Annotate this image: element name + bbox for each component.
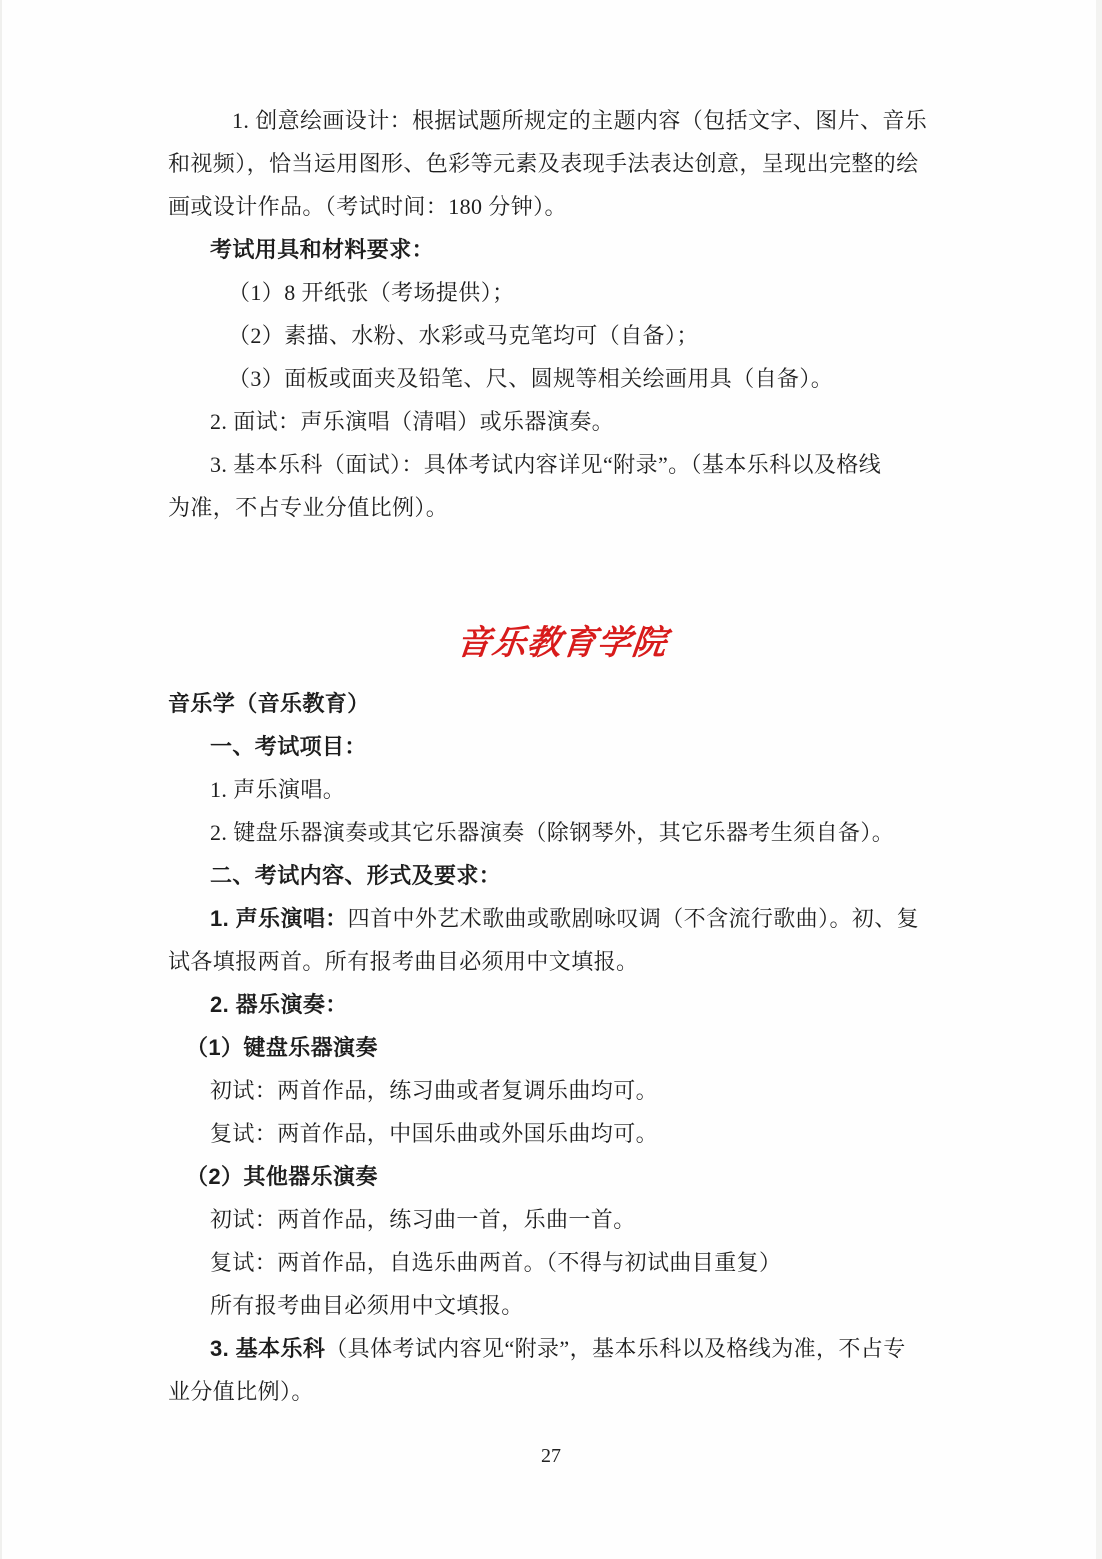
text-line: 复试：两首作品，自选乐曲两首。（不得与初试曲目重复） (168, 1241, 956, 1284)
page-number: 27 (0, 1441, 1102, 1471)
text-line-bold-prefix: 3. 基本乐科 (210, 1336, 325, 1361)
text-line: 所有报考曲目必须用中文填报。 (168, 1284, 956, 1327)
text-line: （2）素描、水粉、水彩或马克笔均可（自备）； (168, 314, 956, 357)
text-line: 考试用具和材料要求： (168, 228, 956, 271)
page-content: 1. 创意绘画设计：根据试题所规定的主题内容（包括文字、图片、音乐和视频），恰当… (168, 0, 956, 1413)
text-line: （1）键盘乐器演奏 (168, 1026, 956, 1069)
text-line: 复试：两首作品，中国乐曲或外国乐曲均可。 (168, 1112, 956, 1155)
text-line: 2. 器乐演奏： (168, 983, 956, 1026)
text-line: 二、考试内容、形式及要求： (168, 854, 956, 897)
text-line: 一、考试项目： (168, 725, 956, 768)
section-fine-arts-continued: 1. 创意绘画设计：根据试题所规定的主题内容（包括文字、图片、音乐和视频），恰当… (168, 0, 956, 529)
section-musicology-music-education: 音乐学（音乐教育）一、考试项目：1. 声乐演唱。2. 键盘乐器演奏或其它乐器演奏… (168, 667, 956, 1413)
document-page: 1. 创意绘画设计：根据试题所规定的主题内容（包括文字、图片、音乐和视频），恰当… (0, 0, 1102, 1559)
text-line: 初试：两首作品，练习曲一首，乐曲一首。 (168, 1198, 956, 1241)
text-line: 1. 声乐演唱。 (168, 768, 956, 811)
text-line: 2. 键盘乐器演奏或其它乐器演奏（除钢琴外，其它乐器考生须自备）。 (168, 811, 956, 854)
section-title-music-education-college: 音乐教育学院 (165, 619, 958, 667)
text-line: 画或设计作品。（考试时间：180 分钟）。 (168, 185, 956, 228)
text-line: 3. 基本乐科（具体考试内容见“附录”，基本乐科以及格线为准，不占专 (168, 1327, 956, 1370)
text-line: 2. 面试：声乐演唱（清唱）或乐器演奏。 (168, 400, 956, 443)
text-line: 为准，不占专业分值比例）。 (168, 486, 956, 529)
text-line-bold-prefix: 1. 声乐演唱： (210, 906, 348, 931)
text-line: 初试：两首作品，练习曲或者复调乐曲均可。 (168, 1069, 956, 1112)
text-line: 音乐学（音乐教育） (168, 682, 956, 725)
text-line: 1. 创意绘画设计：根据试题所规定的主题内容（包括文字、图片、音乐 (168, 99, 956, 142)
text-line: 和视频），恰当运用图形、色彩等元素及表现手法表达创意，呈现出完整的绘 (168, 142, 956, 185)
text-line: 3. 基本乐科（面试）：具体考试内容详见“附录”。（基本乐科以及格线 (168, 443, 956, 486)
text-line: 试各填报两首。所有报考曲目必须用中文填报。 (168, 940, 956, 983)
text-line: 1. 声乐演唱：四首中外艺术歌曲或歌剧咏叹调（不含流行歌曲）。初、复 (168, 897, 956, 940)
text-line: （1）8 开纸张（考场提供）； (168, 271, 956, 314)
text-line: （3）面板或面夹及铅笔、尺、圆规等相关绘画用具（自备）。 (168, 357, 956, 400)
text-line: 业分值比例）。 (168, 1370, 956, 1413)
text-line: （2）其他器乐演奏 (168, 1155, 956, 1198)
